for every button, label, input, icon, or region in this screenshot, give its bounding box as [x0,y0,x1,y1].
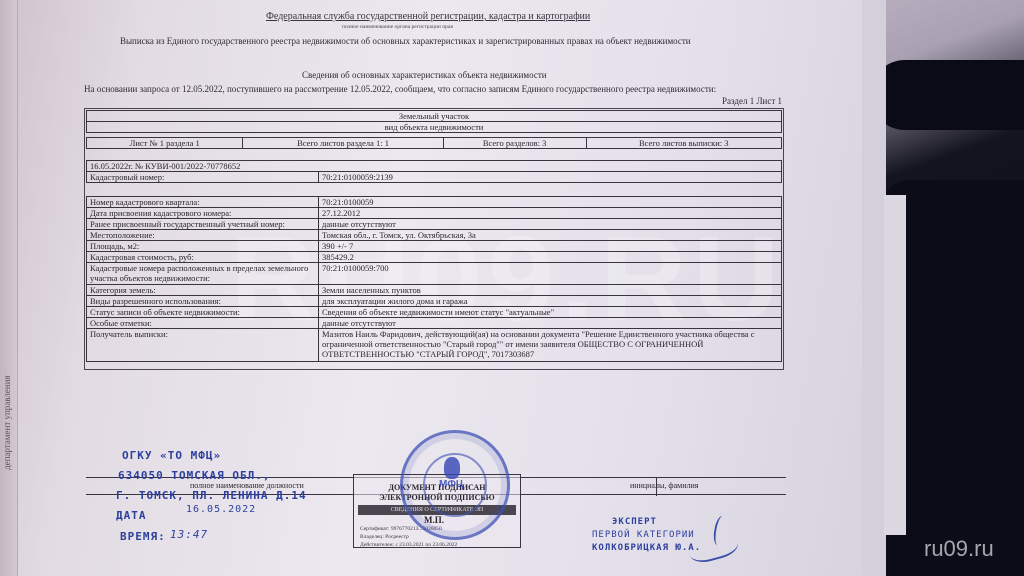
round-stamp-text: МФЦ [439,479,463,490]
table-row: Дата присвоения кадастрового номера:27.1… [87,208,782,219]
section-label: Раздел 1 Лист 1 [722,96,782,106]
sheet-no: Лист № 1 раздела 1 [87,138,243,149]
mfc-stamp-time-value: 13:47 [170,528,208,541]
table-row: Площадь, м2:390 +/- 7 [87,241,782,252]
properties-table: Номер кадастрового квартала:70:21:010005… [86,196,782,362]
sheets-total: Всего листов выписки: 3 [586,138,781,149]
expert-stamp-line3: КОЛКОБРИЦКАЯ Ю.А. [592,543,701,553]
underlying-paper-strip: департамент управления [0,0,18,576]
esig-valid: Действителен: с 23.03.2021 по 23.06.2022 [360,542,457,548]
round-stamp: МФЦ [400,430,510,540]
background-paper-edge [860,0,886,576]
object-type-caption: вид объекта недвижимости [87,122,782,133]
table-row: Ранее присвоенный государственный учетны… [87,219,782,230]
table-row: Категория земель:Земли населенных пункто… [87,285,782,296]
object-type: Земельный участок [87,111,782,122]
mfc-stamp-date-label: ДАТА [116,509,147,522]
expert-stamp-line1: ЭКСПЕРТ [612,517,657,527]
request-line: На основании запроса от 12.05.2022, пост… [84,84,716,94]
cadastral-value: 70:21:0100059:2139 [319,172,782,183]
initials-caption: инициалы, фамилия [630,481,698,490]
cadastral-label: Кадастровый номер: [87,172,319,183]
table-row: Кадастровая стоимость, руб:385429.2 [87,252,782,263]
table-row: Виды разрешенного использования:для эксп… [87,296,782,307]
mfc-stamp-date-value: 16.05.2022 [186,504,256,515]
site-watermark: ru09.ru [924,536,994,562]
sections-total: Всего разделов: 3 [443,138,586,149]
header-table: Земельный участок вид объекта недвижимос… [86,110,782,149]
mfc-stamp-line3: Г. ТОМСК, ПЛ. ЛЕНИНА Д.14 [116,489,307,502]
document-sheet: департамент управления RU09.RU Федеральн… [0,0,862,576]
document-title: Выписка из Единого государственного реес… [120,36,691,46]
sheets-in-section: Всего листов раздела 1: 1 [243,138,443,149]
fabric-fold [870,60,1024,130]
table-row: Статус записи об объекте недвижимости:Св… [87,307,782,318]
mfc-stamp-time-label: ВРЕМЯ: [120,530,166,543]
mfc-stamp-line1: ОГКУ «ТО МФЦ» [122,449,221,462]
document-subtitle: Сведения об основных характеристиках объ… [302,70,547,80]
expert-stamp-line2: ПЕРВОЙ КАТЕГОРИИ [592,530,695,540]
org-name: Федеральная служба государственной регис… [266,11,590,22]
esig-owner: Владелец: Росреестр [360,534,409,540]
table-row: Кадастровые номера расположенных в преде… [87,263,782,285]
table-row: Получатель выписки:Мазитов Наиль Фаридов… [87,329,782,362]
registration-table: 16.05.2022г. № КУВИ-001/2022-70778652 Ка… [86,160,782,183]
table-row: Местоположение:Томская обл., г. Томск, у… [87,230,782,241]
mfc-stamp-line2: 634050 ТОМСКАЯ ОБЛ., [118,469,270,482]
table-row: Особые отметки:данные отсутствуют [87,318,782,329]
background-paper-edge-2 [884,195,906,535]
underlying-paper-text: департамент управления [2,370,12,470]
tomsk-emblem-icon [444,457,460,479]
org-name-caption: полное наименование органа регистрации п… [342,24,453,30]
table-row: Номер кадастрового квартала:70:21:010005… [87,197,782,208]
registration-date-number: 16.05.2022г. № КУВИ-001/2022-70778652 [87,161,782,172]
